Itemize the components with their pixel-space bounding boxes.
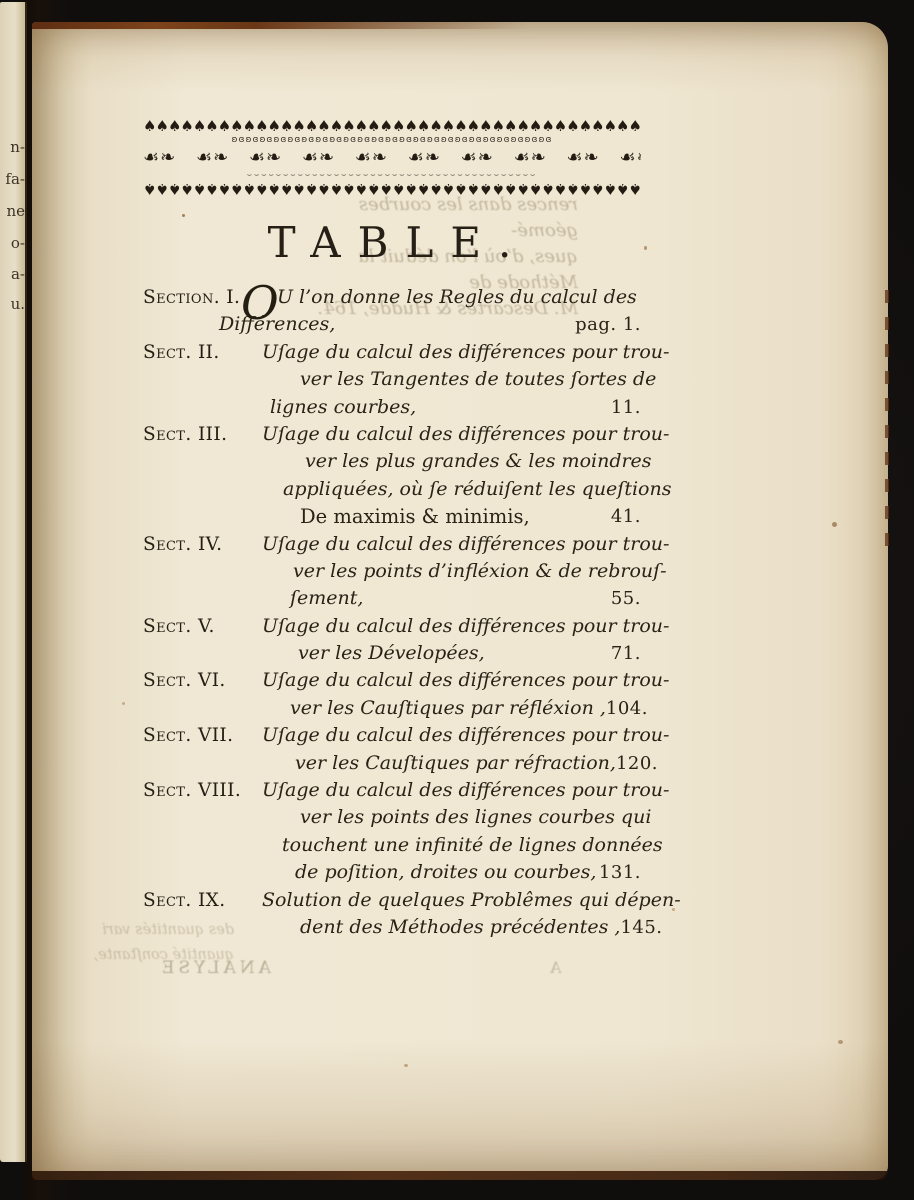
foxing-speck [404,1064,408,1067]
photo-of-book-page: n- fa- ne o- a- u. rences dans les courb… [0,0,914,1200]
toc-entry-line: ver les Cauſtiques par réfraction, 120. [143,750,641,777]
dropcap-initial: O [241,291,277,318]
entry-text: ver les points d’infléxion & de rebrouſ- [143,558,667,585]
section-label: Section. I. [143,284,241,311]
page-number: 131. [599,859,641,886]
entry-text: ver les plus grandes & les moindres [143,448,652,475]
entry-text: Uſage du calcul des différences pour tro… [255,421,669,448]
entry-text: Uſage du calcul des différences pour tro… [255,777,669,804]
entry-text: U l’on donne les Regles du calcul des [277,284,637,311]
toc-entry-line: lignes courbes, 11. [143,394,641,421]
toc-entry-line: touchent une infinité de lignes données [143,832,641,859]
entry-text: ver les Tangentes de toutes ſortes de [143,366,656,393]
toc-entry-line: Sect. IX. Solution de quelques Problêmes… [143,887,641,914]
section-label: Sect. VIII. [143,777,255,804]
toc-entry-line: Différences, pag. 1. [143,311,641,338]
page-number: 11. [611,394,641,421]
page-title: TABLE. [143,218,641,267]
toc-entry-line: Sect. IV. Uſage du calcul des différence… [143,531,641,558]
toc-entry-line: ver les Dévelopées, 71. [143,640,641,667]
page-right-speckled-edge [885,290,889,556]
entry-text: Uſage du calcul des différences pour tro… [255,531,669,558]
toc-entry-line: De maximis & minimis, 41. [143,503,641,530]
toc-entry-line: dent des Méthodes précédentes , 145. [143,914,641,941]
section-label: Sect. III. [143,421,255,448]
section-label: Sect. V. [143,613,255,640]
bleedthrough-signature-mark: A [550,958,562,977]
toc-entry-line: ver les points d’infléxion & de rebrouſ- [143,558,641,585]
foxing-speck [838,1040,843,1044]
entry-text: dent des Méthodes précédentes , [143,914,620,941]
foxing-speck [832,522,837,527]
ornament-curl-row-icon: ʚɞʚɞʚɞʚɞʚɞʚɞʚɞʚɞʚɞʚɞʚɞʚɞʚɞʚɞʚɞʚɞʚɞʚɞʚɞʚɞ… [143,136,641,145]
entry-text: lignes courbes, [143,394,416,421]
page-number: 145. [620,914,662,941]
page-number: pag. 1. [575,311,641,338]
table-of-contents: Section. I. O U l’on donne les Regles du… [143,284,641,941]
ornament-bud-row-flipped-icon: ♠♠♠♠♠♠♠♠♠♠♠♠♠♠♠♠♠♠♠♠♠♠♠♠♠♠♠♠♠♠♠♠♠♠♠♠♠♠♠♠ [143,179,641,199]
toc-entry-line: ver les Tangentes de toutes ſortes de [143,366,641,393]
entry-text: appliquées, où ſe réduiſent les queſtion… [143,476,671,503]
entry-text: ver les Cauſtiques par réfraction, [143,750,616,777]
foxing-speck [644,246,647,250]
toc-entry-line: ver les points des lignes courbes qui [143,804,641,831]
page-number: 71. [611,640,641,667]
entry-text: Solution de quelques Problêmes qui dépen… [255,887,681,914]
entry-text: De maximis & minimis, [143,503,530,530]
entry-text: Uſage du calcul des différences pour tro… [255,667,669,694]
page-bottom-burnt-edge [32,1171,888,1180]
toc-entry-line: Sect. III. Uſage du calcul des différenc… [143,421,641,448]
toc-entry-line: Sect. VIII. Uſage du calcul des différen… [143,777,641,804]
foxing-speck [182,214,185,217]
entry-text: Uſage du calcul des différences pour tro… [255,339,669,366]
entry-text: Uſage du calcul des différences pour tro… [255,613,669,640]
margin-fragment: fa- [5,172,25,187]
toc-entry-line: ver les Cauſtiques par réfléxion , 104. [143,695,641,722]
ornament-fleuron-row-icon: ☙❧ ☙❧ ☙❧ ☙❧ ☙❧ ☙❧ ☙❧ ☙❧ ☙❧ ☙❧ [143,145,641,171]
toc-entry-line: ſement, 55. [143,585,641,612]
page-number: 55. [611,585,641,612]
page-top-burnt-edge [32,22,528,29]
page-number: 104. [606,695,648,722]
section-label: Sect. VI. [143,667,255,694]
ornament-curl-row-icon: ⌣⌣⌣⌣⌣⌣⌣⌣⌣⌣⌣⌣⌣⌣⌣⌣⌣⌣⌣⌣⌣⌣⌣⌣⌣⌣⌣⌣⌣⌣⌣⌣⌣⌣⌣⌣⌣⌣⌣⌣ [143,171,641,179]
facing-page-edge: n- fa- ne o- a- u. [0,2,27,1162]
section-label: Sect. VII. [143,722,255,749]
entry-text: touchent une infinité de lignes données [143,832,663,859]
ornament-bud-row-icon: ♠♠♠♠♠♠♠♠♠♠♠♠♠♠♠♠♠♠♠♠♠♠♠♠♠♠♠♠♠♠♠♠♠♠♠♠♠♠♠♠ [143,116,641,136]
section-label: Sect. IV. [143,531,255,558]
margin-fragment: a- [11,267,25,282]
toc-entry-line: ver les plus grandes & les moindres [143,448,641,475]
margin-fragment: u. [11,297,25,312]
entry-text: ver les Dévelopées, [143,640,485,667]
bleedthrough-running-title: ANALYSE [158,958,271,978]
section-label: Sect. II. [143,339,255,366]
toc-entry-line: Sect. II. Uſage du calcul des différence… [143,339,641,366]
margin-fragment: n- [10,140,25,155]
section-label: Sect. IX. [143,887,255,914]
toc-entry-line: appliquées, où ſe réduiſent les queſtion… [143,476,641,503]
toc-entry-line: de poſition, droites ou courbes, 131. [143,859,641,886]
toc-entry-line: Sect. VII. Uſage du calcul des différenc… [143,722,641,749]
entry-text: ver les Cauſtiques par réfléxion , [143,695,606,722]
entry-text: ver les points des lignes courbes qui [143,804,651,831]
toc-entry-line: Sect. V. Uſage du calcul des différences… [143,613,641,640]
toc-entry-line: Section. I. O U l’on donne les Regles du… [143,284,641,311]
book-page: rences dans les courbes géomé- ques, d’o… [32,22,888,1180]
entry-text: Différences, [143,311,335,338]
entry-text: Uſage du calcul des différences pour tro… [255,722,669,749]
page-number: 120. [616,750,658,777]
entry-text: de poſition, droites ou courbes, [143,859,596,886]
margin-fragment: ne [6,204,25,219]
foxing-speck [122,702,125,705]
page-number: 41. [611,503,641,530]
headpiece-ornament-band: ♠♠♠♠♠♠♠♠♠♠♠♠♠♠♠♠♠♠♠♠♠♠♠♠♠♠♠♠♠♠♠♠♠♠♠♠♠♠♠♠… [143,116,641,199]
entry-text: ſement, [143,585,363,612]
margin-fragment: o- [11,236,25,251]
toc-entry-line: Sect. VI. Uſage du calcul des différence… [143,667,641,694]
